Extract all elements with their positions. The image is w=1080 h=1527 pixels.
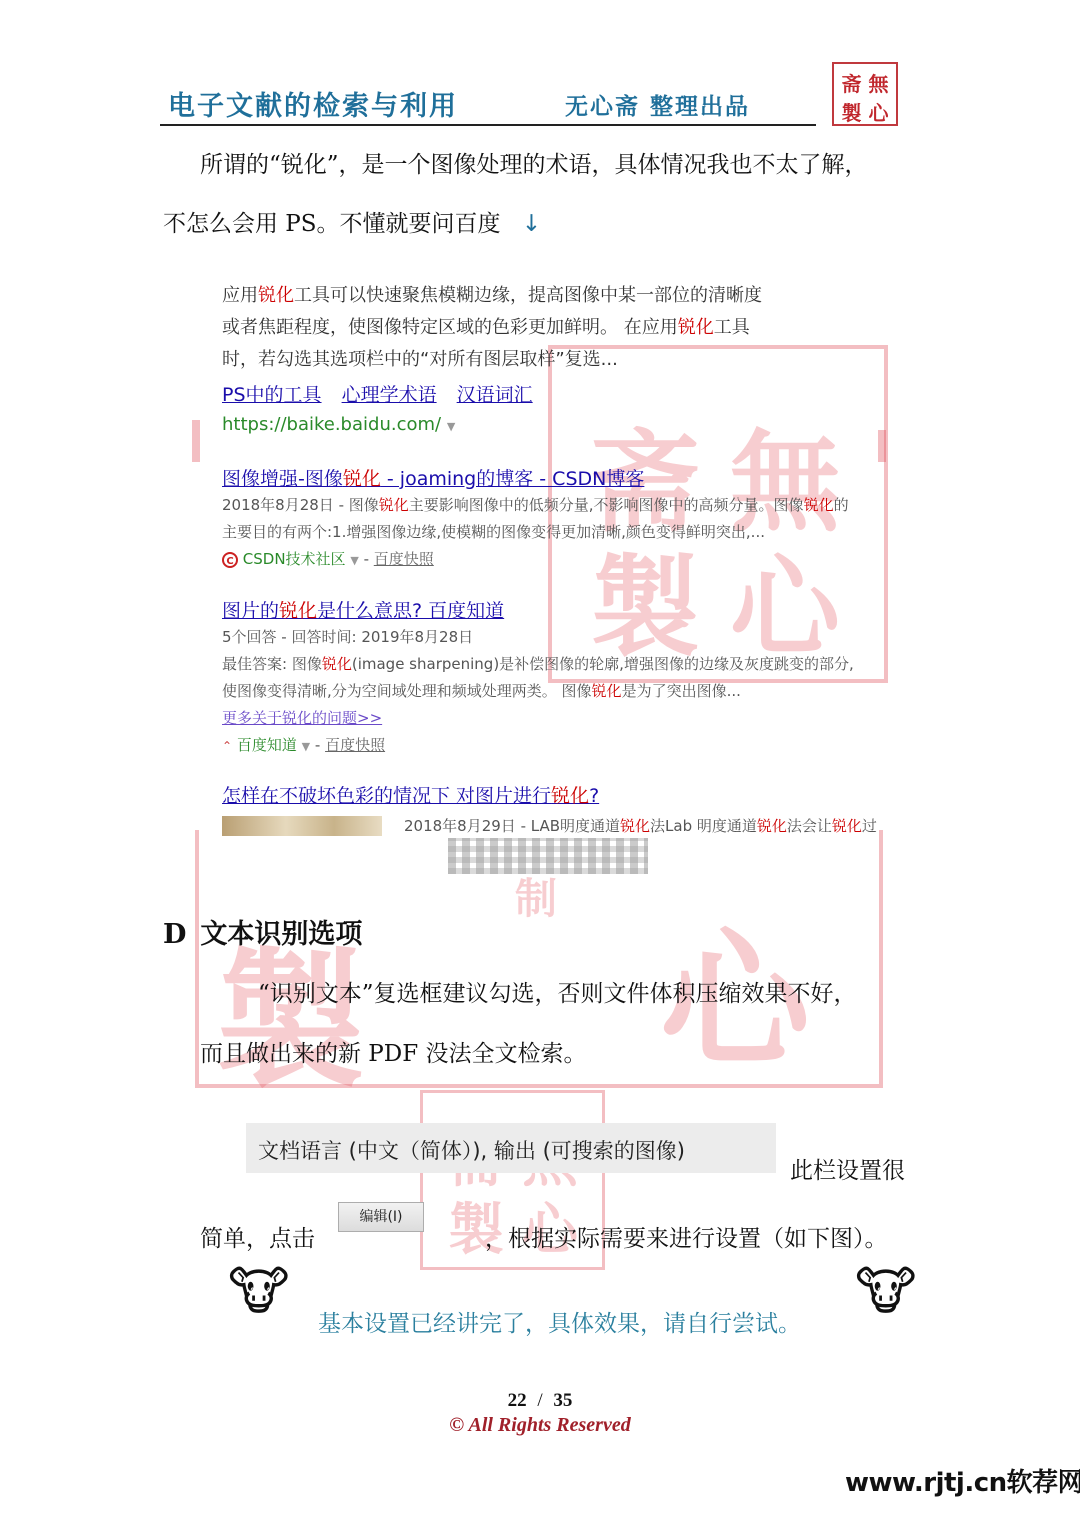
settings-line-2-pre: 简单，点击 — [200, 1220, 315, 1253]
qr-code-watermark-icon — [448, 838, 648, 874]
snippet-line: 时，若勾选其选项栏中的“对所有图层取样”复选... — [222, 344, 762, 376]
csdn-logo-icon: C — [222, 552, 238, 568]
snapshot-link[interactable]: 百度快照 — [374, 550, 434, 568]
more-questions-link[interactable]: 更多关于锐化的问题>> — [222, 709, 382, 727]
more-questions[interactable]: 更多关于锐化的问题>> — [222, 705, 854, 732]
result-4-title-link[interactable]: 怎样在不破坏色彩的情况下 对图片进行锐化? — [222, 781, 599, 808]
result-3-title-link[interactable]: 图片的锐化是什么意思? 百度知道 — [222, 596, 504, 623]
document-title: 电子文献的检索与利用 — [168, 84, 458, 123]
seal-char: 心 — [869, 97, 889, 126]
intro-line-2-text: 不怎么会用 PS。不懂就要问百度 — [163, 211, 501, 237]
seal-char: 斋 — [842, 68, 862, 97]
copyright-notice: © All Rights Reserved — [0, 1414, 1080, 1437]
tag-link[interactable]: 汉语词汇 — [457, 384, 533, 406]
cow-face-icon: 🐮 — [228, 1266, 290, 1318]
snippet-line: 最佳答案: 图像锐化(image sharpening)是补偿图像的轮廓,增强图… — [222, 651, 854, 678]
result-2-snippet: 2018年8月28日 - 图像锐化主要影响图像中的低频分量,不影响图像中的高频分… — [222, 492, 849, 574]
caret-down-icon[interactable]: ▼ — [350, 554, 358, 567]
result-2-title-link[interactable]: 图像增强-图像锐化 - joaming的博客 - CSDN博客 — [222, 464, 644, 491]
result-meta: 5个回答 - 回答时间: 2019年8月28日 — [222, 624, 854, 651]
header-divider — [160, 124, 816, 126]
snippet-line: 应用锐化工具可以快速聚焦模糊边缘，提高图像中某一部位的清晰度 — [222, 280, 762, 312]
watermark-right-bar — [878, 430, 886, 462]
result-1-snippet: 应用锐化工具可以快速聚焦模糊边缘，提高图像中某一部位的清晰度 或者焦距程度，使图… — [222, 280, 762, 376]
site-watermark: www.rjtj.cn软荐网 — [845, 1462, 1080, 1499]
page-number: 22 / 35 — [0, 1390, 1080, 1412]
closing-note: 基本设置已经讲完了，具体效果，请自行尝试。 — [318, 1305, 801, 1338]
baidu-zhidao-logo-icon: ⌃ — [222, 739, 232, 753]
snippet-line: 主要目的有两个:1.增强图像边缘,使模糊的图像变得更加清晰,颜色变得鲜明突出,.… — [222, 519, 849, 546]
tag-link[interactable]: PS中的工具 — [222, 384, 322, 406]
watermark-left-bar — [192, 420, 200, 462]
document-publisher: 无心斋 整理出品 — [565, 88, 750, 121]
result-4-snippet: 2018年8月29日 - LAB明度通道锐化法Lab 明度通道锐化法会让锐化过 — [404, 813, 877, 840]
result-1-tags: PS中的工具 心理学术语 汉语词汇 — [222, 380, 533, 407]
seal-char: 無 — [869, 68, 889, 97]
result-source: C CSDN技术社区 ▼ - 百度快照 — [222, 546, 849, 574]
watermark-char: 制 — [515, 866, 557, 926]
section-heading: D文本识别选项 — [163, 912, 362, 951]
seal-char: 製 — [842, 97, 862, 126]
arrow-down-icon: ↓ — [522, 211, 541, 237]
edit-button[interactable]: 编辑(I) — [338, 1202, 424, 1232]
intro-line-1: 所谓的“锐化”，是一个图像处理的术语，具体情况我也不太了解， — [200, 146, 868, 179]
caret-down-icon[interactable]: ▼ — [447, 420, 455, 433]
settings-line-2-post: ，根据实际需要来进行设置（如下图）。 — [485, 1220, 888, 1253]
snippet-line: 2018年8月28日 - 图像锐化主要影响图像中的低频分量,不影响图像中的高频分… — [222, 492, 849, 519]
settings-text-after-bar: 此栏设置很 — [790, 1152, 905, 1185]
snippet-line: 使图像变得清晰,分为空间域处理和频域处理两类。 图像锐化是为了突出图像... — [222, 678, 854, 705]
result-1-url[interactable]: https://baike.baidu.com/ ▼ — [222, 414, 455, 435]
result-source: ⌃ 百度知道 ▼ - 百度快照 — [222, 732, 854, 760]
result-3-snippet: 5个回答 - 回答时间: 2019年8月28日 最佳答案: 图像锐化(image… — [222, 624, 854, 760]
cow-face-icon: 🐮 — [855, 1266, 917, 1318]
caret-down-icon[interactable]: ▼ — [302, 740, 310, 753]
source-name[interactable]: 百度知道 — [237, 736, 297, 754]
section-letter: D — [163, 919, 186, 950]
result-4-thumbnail-image[interactable] — [222, 816, 382, 836]
section-d-line-2: 而且做出来的新 PDF 没法全文检索。 — [200, 1035, 587, 1068]
source-name[interactable]: CSDN技术社区 — [243, 550, 346, 568]
snapshot-link[interactable]: 百度快照 — [325, 736, 385, 754]
seal-stamp-logo: 斋 無 製 心 — [832, 62, 898, 126]
intro-line-2: 不怎么会用 PS。不懂就要问百度 ↓ — [163, 205, 541, 238]
section-d-line-1: “识别文本”复选框建议勾选，否则文件体积压缩效果不好， — [258, 975, 857, 1008]
document-language-setting-bar[interactable]: 文档语言 (中文（简体）), 输出 (可搜索的图像) — [246, 1123, 776, 1173]
section-title: 文本识别选项 — [200, 919, 362, 950]
tag-link[interactable]: 心理学术语 — [342, 384, 437, 406]
snippet-line: 或者焦距程度，使图像特定区域的色彩更加鲜明。 在应用锐化工具 — [222, 312, 762, 344]
